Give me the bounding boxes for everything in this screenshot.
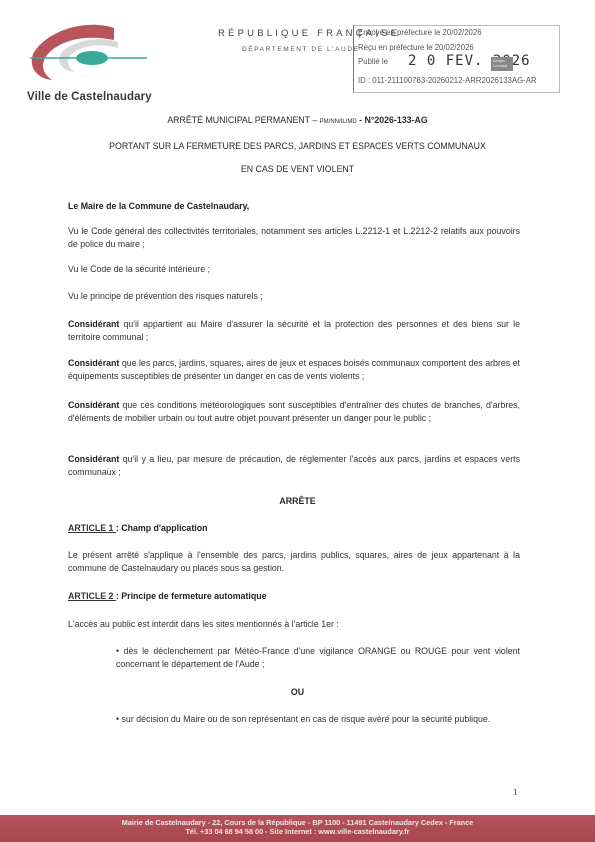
article-1-title: : Champ d'application: [116, 523, 208, 533]
bullet-item-1: • dès le déclenchement par Météo-France …: [116, 645, 520, 671]
document-subtitle-2: EN CAS DE VENT VIOLENT: [0, 164, 595, 174]
considerant-paragraph-4: Considérant qu'il y a lieu, par mesure d…: [68, 453, 520, 479]
considerant-label: Considérant: [68, 454, 119, 464]
arrete-heading: ARRÊTE: [0, 496, 595, 506]
title-number: - N°2026-133-AG: [357, 115, 428, 125]
vu-paragraph-2: Vu le Code de la sécurité intérieure ;: [68, 263, 520, 276]
document-title: ARRÊTÉ MUNICIPAL PERMANENT – PM/NN/IL/MD…: [0, 115, 595, 125]
title-prefix: ARRÊTÉ MUNICIPAL PERMANENT –: [167, 115, 319, 125]
considerant-text: que les parcs, jardins, squares, aires d…: [68, 358, 520, 381]
considerant-paragraph-2: Considérant que les parcs, jardins, squa…: [68, 357, 520, 383]
intro-text: Le Maire de la Commune de Castelnaudary,: [68, 201, 249, 211]
vu-paragraph-3: Vu le principe de prévention des risques…: [68, 290, 520, 303]
article-2-text: L'accès au public est interdit dans les …: [68, 618, 520, 631]
footer-band: Mairie de Castelnaudary - 22, Cours de l…: [0, 815, 595, 842]
considerant-text: qu'il appartient au Maire d'assurer la s…: [68, 319, 520, 342]
document-subtitle: PORTANT SUR LA FERMETURE DES PARCS, JARD…: [0, 141, 595, 151]
considerant-text: qu'il y a lieu, par mesure de précaution…: [68, 454, 520, 477]
stamp-published: Publié le 2 0 FEV. 2026: [358, 57, 388, 66]
bullet-item-2: • sur décision du Maire ou de son représ…: [116, 713, 520, 726]
stamp-sent: Envoyé en préfecture le 20/02/2026: [358, 28, 482, 37]
considerant-label: Considérant: [68, 358, 119, 368]
vu-paragraph-1: Vu le Code général des collectivités ter…: [68, 225, 520, 251]
ou-separator: OU: [0, 687, 595, 697]
article-1-label: ARTICLE 1: [68, 523, 116, 533]
department-heading: DÉPARTEMENT DE L'AUDE: [242, 46, 360, 53]
stamp-received: Reçu en préfecture le 20/02/2026: [358, 43, 474, 52]
page-number: 1: [513, 787, 518, 797]
article-2-heading: ARTICLE 2 : Principe de fermeture automa…: [68, 590, 520, 603]
considerant-label: Considérant: [68, 319, 119, 329]
footer-address: Mairie de Castelnaudary - 22, Cours de l…: [0, 818, 595, 827]
berger-levrault-badge: Berger Levrault: [491, 57, 513, 71]
article-1-heading: ARTICLE 1 : Champ d'application: [68, 522, 520, 535]
stamp-published-label: Publié le: [358, 57, 388, 66]
prefecture-stamp: Envoyé en préfecture le 20/02/2026 Reçu …: [353, 25, 560, 93]
considerant-text: que ces conditions météorologiques sont …: [68, 400, 520, 423]
article-2-label: ARTICLE 2: [68, 591, 116, 601]
logo-name: Ville de Castelnaudary: [27, 91, 152, 103]
considerant-label: Considérant: [68, 400, 119, 410]
footer-contact: Tél. +33 04 68 94 58 00 - Site Internet …: [0, 827, 595, 836]
considerant-paragraph-3: Considérant que ces conditions météorolo…: [68, 399, 520, 425]
title-initials: PM/NN/IL/MD: [320, 119, 357, 125]
stamp-id: ID : 011-211100763-20260212-ARR2026133AG…: [358, 76, 537, 85]
considerant-paragraph-1: Considérant qu'il appartient au Maire d'…: [68, 318, 520, 344]
article-2-title: : Principe de fermeture automatique: [116, 591, 267, 601]
article-1-text: Le présent arrêté s'applique à l'ensembl…: [68, 549, 520, 575]
intro: Le Maire de la Commune de Castelnaudary,: [68, 200, 520, 213]
castelnaudary-logo-icon: [22, 22, 152, 84]
